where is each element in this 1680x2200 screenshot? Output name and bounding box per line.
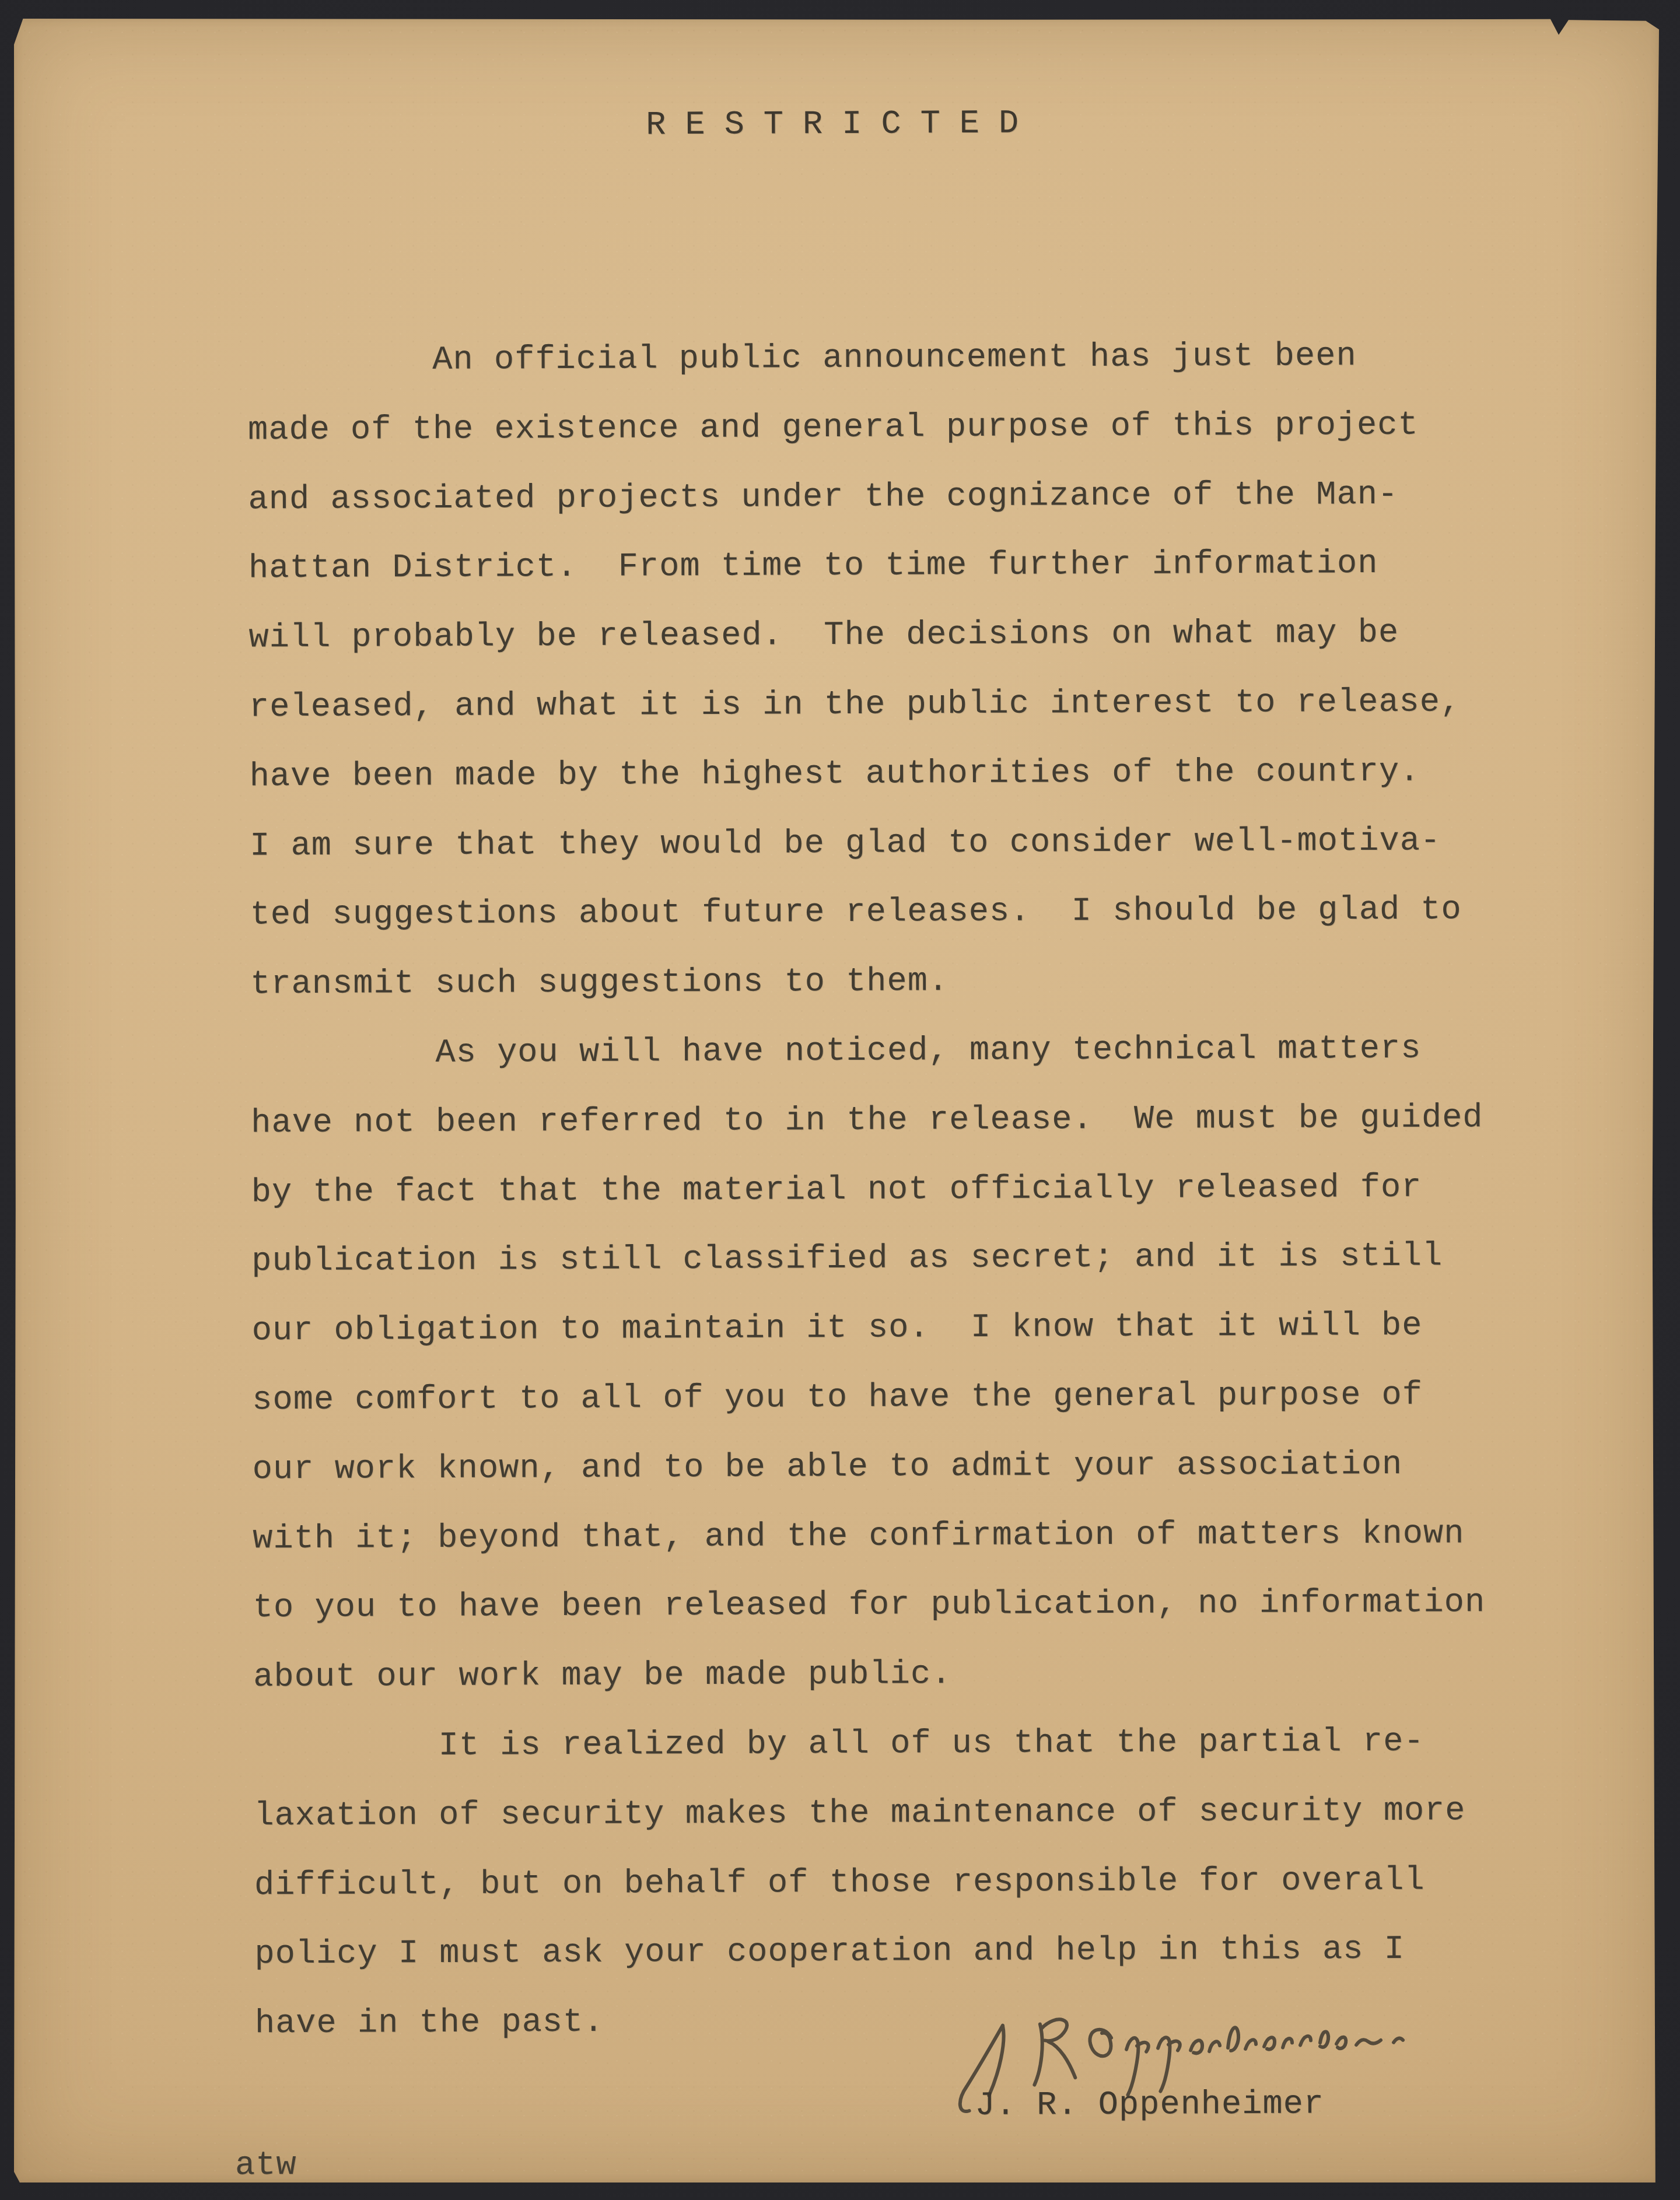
- typed-signature-name: J. R. Oppenheimer: [975, 2086, 1324, 2125]
- letter-body: An official public announcement has just…: [247, 321, 1487, 2059]
- classification-header: RESTRICTED: [10, 103, 1655, 147]
- typist-initials: atw: [235, 2147, 297, 2184]
- letter-content: RESTRICTED An official public announceme…: [9, 15, 1664, 2186]
- letter-page: RESTRICTED An official public announceme…: [14, 19, 1659, 2183]
